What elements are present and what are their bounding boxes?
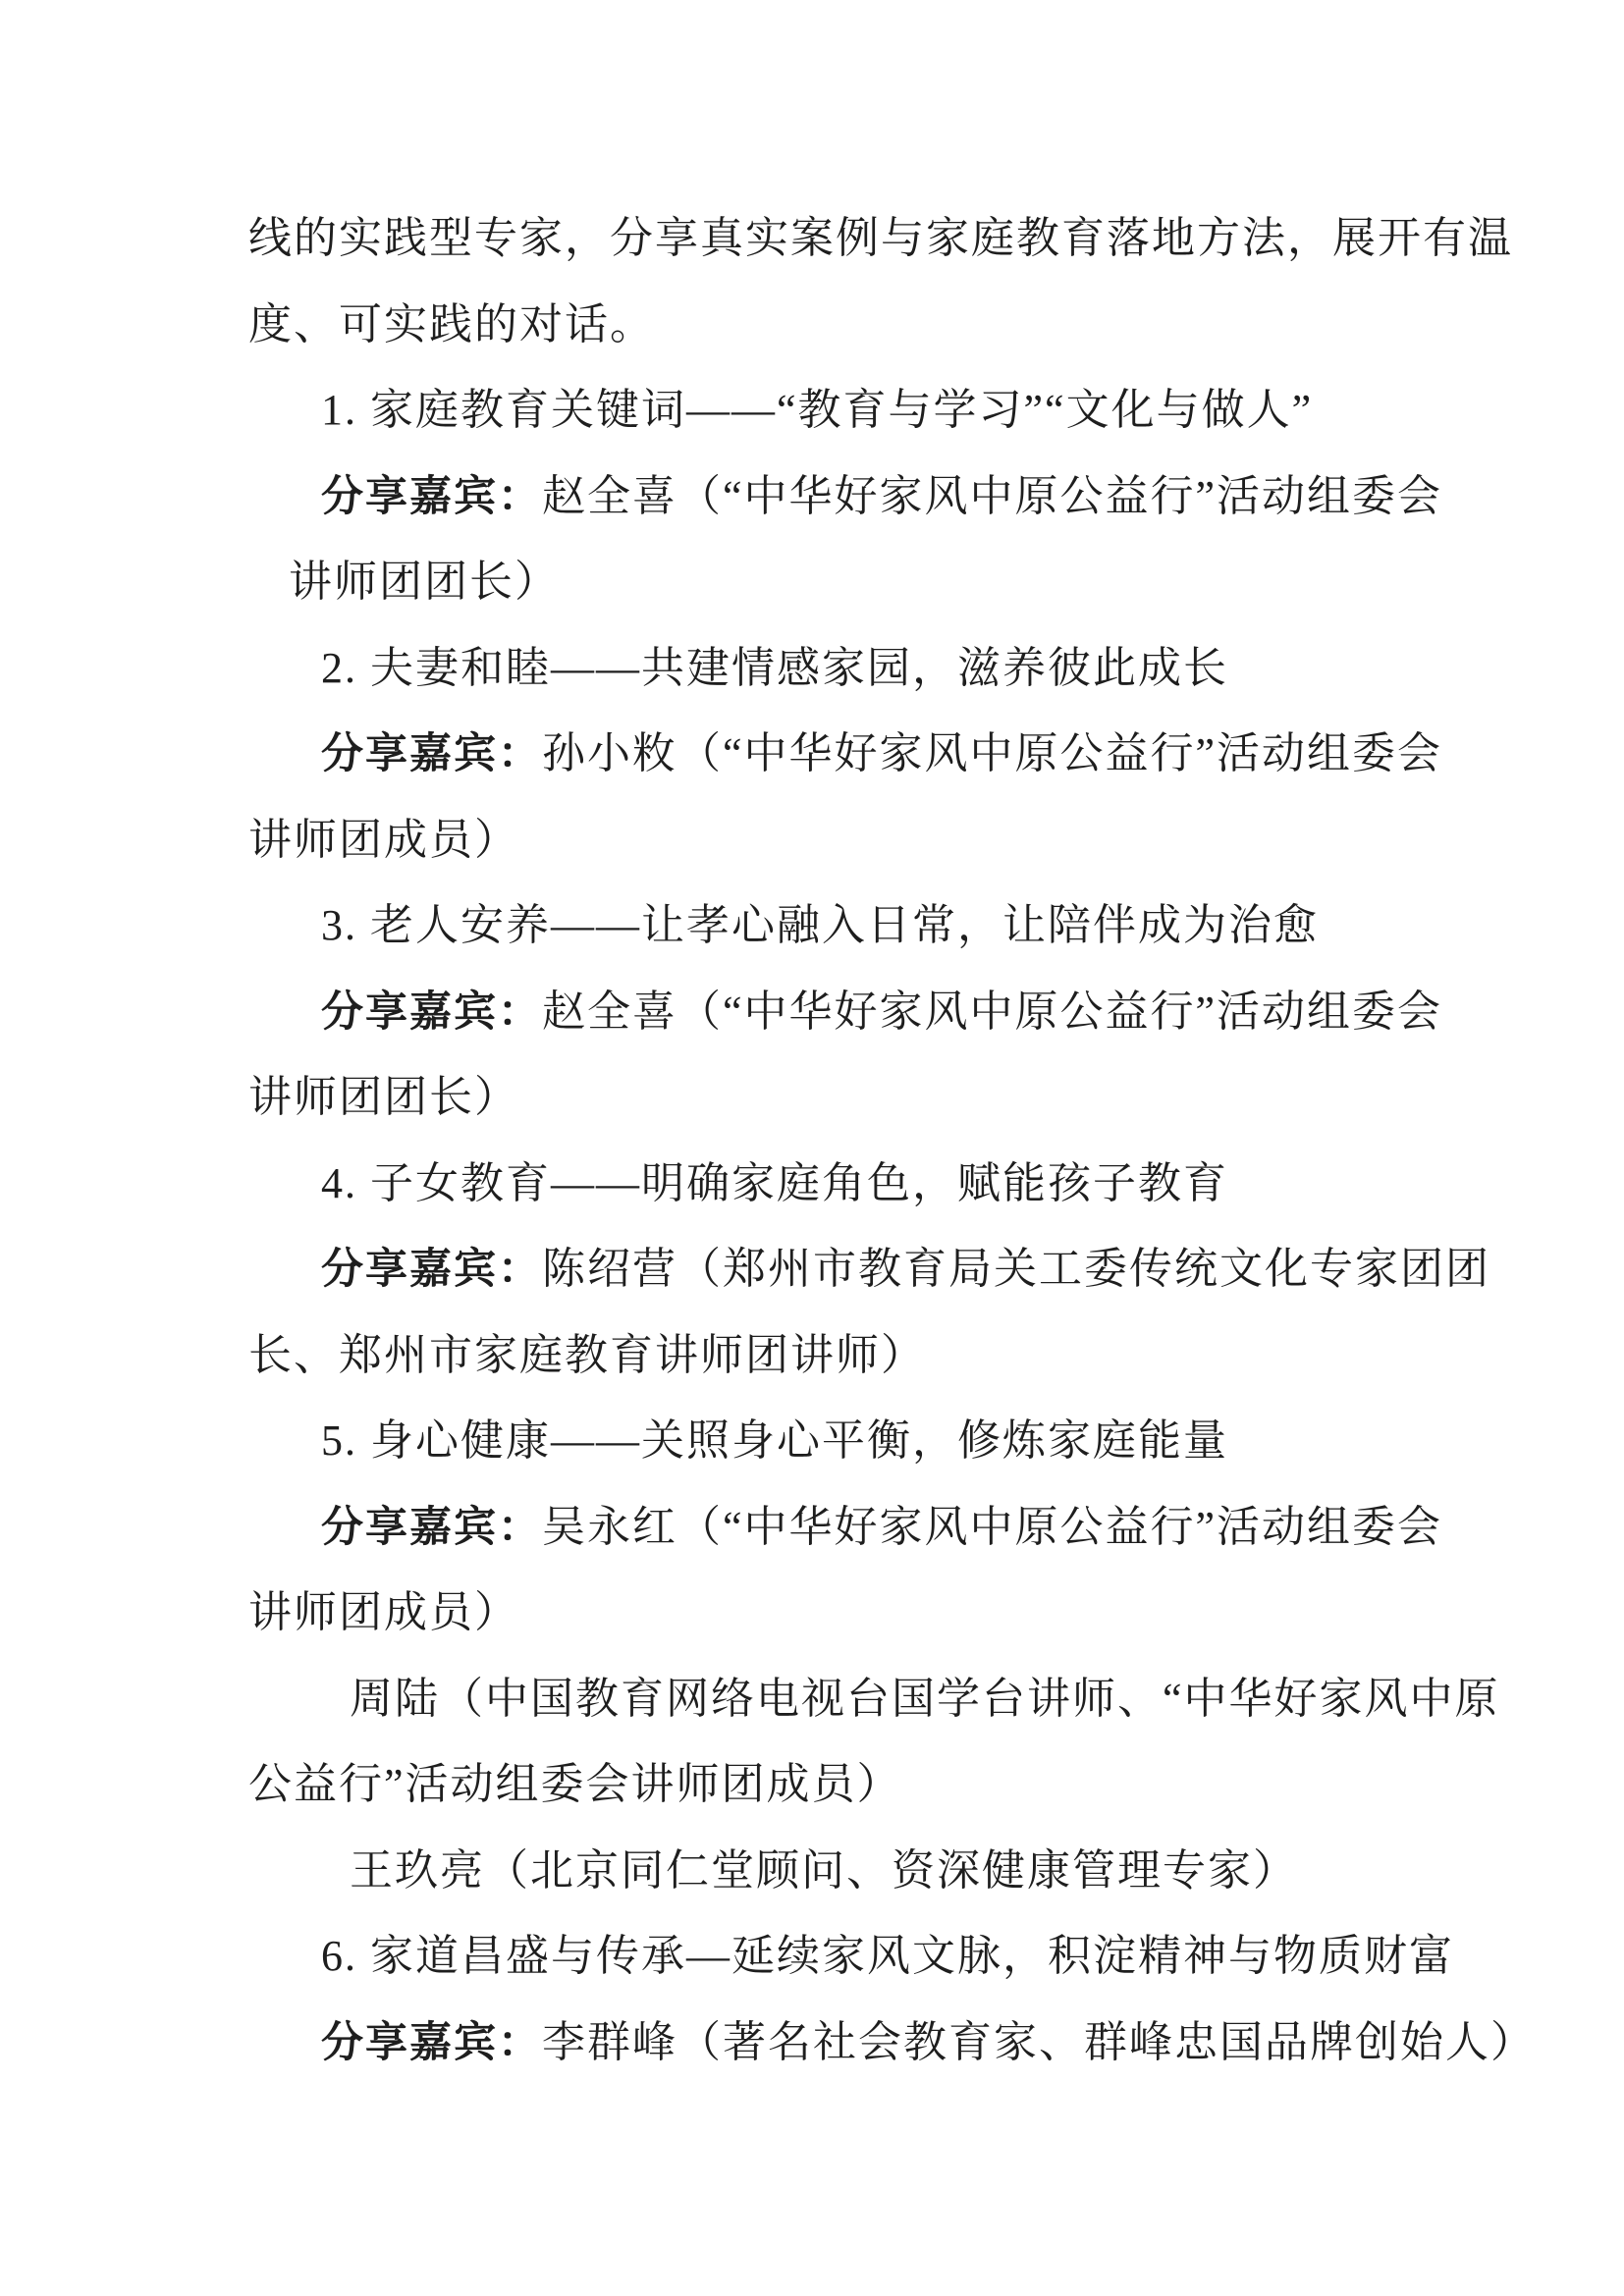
guest-label: 分享嘉宾： [321, 988, 542, 1036]
extra-guest-line: 王玖亮（北京同仁堂顾问、资深健康管理专家） [248, 1828, 1407, 1914]
line-text: 1. 家庭教育关键词——“教育与学习”“文化与做人” [321, 386, 1313, 434]
line-text: 度、可实践的对话。 [248, 300, 655, 348]
line-text: 吴永红（“中华好家风中原公益行”活动组委会 [542, 1503, 1442, 1551]
document-page: 线的实践型专家，分享真实案例与家庭教育落地方法，展开有温 度、可实践的对话。 1… [0, 0, 1624, 2296]
line-text: 赵全喜（“中华好家风中原公益行”活动组委会 [542, 988, 1442, 1036]
paragraph-line: 讲师团团长） [248, 1054, 1407, 1141]
paragraph-line: 讲师团成员） [248, 797, 1407, 883]
line-text: 5. 身心健康——关照身心平衡，修炼家庭能量 [321, 1416, 1228, 1465]
line-text: 3. 老人安养——让孝心融入日常，让陪伴成为治愈 [321, 901, 1319, 949]
guest-line: 分享嘉宾：赵全喜（“中华好家风中原公益行”活动组委会 [248, 969, 1407, 1055]
guest-label: 分享嘉宾： [321, 473, 542, 520]
line-text: 讲师团成员） [248, 1588, 519, 1636]
guest-line: 分享嘉宾：陈绍营（郑州市教育局关工委传统文化专家团团 [248, 1226, 1407, 1312]
paragraph-line: 长、郑州市家庭教育讲师团讲师） [248, 1312, 1407, 1399]
line-text: 讲师团团长） [248, 1073, 519, 1121]
line-text: 赵全喜（“中华好家风中原公益行”活动组委会 [542, 472, 1442, 520]
paragraph-line: 线的实践型专家，分享真实案例与家庭教育落地方法，展开有温 [248, 195, 1407, 282]
paragraph-line: 讲师团团长） [248, 539, 1407, 625]
line-text: 2. 夫妻和睦——共建情感家园，滋养彼此成长 [321, 644, 1228, 692]
line-text: 孙小敉（“中华好家风中原公益行”活动组委会 [542, 729, 1442, 777]
guest-label: 分享嘉宾： [321, 2019, 542, 2066]
line-text: 4. 子女教育——明确家庭角色，赋能孩子教育 [321, 1159, 1228, 1207]
line-text: 讲师团成员） [248, 816, 519, 864]
paragraph-line: 度、可实践的对话。 [248, 282, 1407, 368]
topic-item-2: 2. 夫妻和睦——共建情感家园，滋养彼此成长 [248, 625, 1407, 712]
topic-item-1: 1. 家庭教育关键词——“教育与学习”“文化与做人” [248, 367, 1407, 454]
guest-line: 分享嘉宾：吴永红（“中华好家风中原公益行”活动组委会 [248, 1484, 1407, 1571]
guest-label: 分享嘉宾： [321, 1246, 542, 1293]
guest-line: 分享嘉宾：赵全喜（“中华好家风中原公益行”活动组委会 [248, 454, 1407, 540]
line-text: 王玖亮（北京同仁堂顾问、资深健康管理专家） [350, 1846, 1298, 1895]
topic-item-4: 4. 子女教育——明确家庭角色，赋能孩子教育 [248, 1141, 1407, 1227]
extra-guest-line: 周陆（中国教育网络电视台国学台讲师、“中华好家风中原 [248, 1656, 1407, 1742]
guest-line: 分享嘉宾：李群峰（著名社会教育家、群峰忠国品牌创始人） [248, 2000, 1407, 2086]
topic-item-6: 6. 家道昌盛与传承—延续家风文脉，积淀精神与物质财富 [248, 1913, 1407, 2000]
line-text: 6. 家道昌盛与传承—延续家风文脉，积淀精神与物质财富 [321, 1932, 1454, 1980]
guest-line: 分享嘉宾：孙小敉（“中华好家风中原公益行”活动组委会 [248, 711, 1407, 797]
document-body: 线的实践型专家，分享真实案例与家庭教育落地方法，展开有温 度、可实践的对话。 1… [248, 195, 1407, 2085]
line-text: 线的实践型专家，分享真实案例与家庭教育落地方法，展开有温 [248, 214, 1513, 262]
line-text: 陈绍营（郑州市教育局关工委传统文化专家团团 [542, 1245, 1490, 1293]
line-text: 讲师团团长） [289, 558, 560, 606]
line-text: 长、郑州市家庭教育讲师团讲师） [248, 1331, 926, 1379]
line-text: 周陆（中国教育网络电视台国学台讲师、“中华好家风中原 [350, 1675, 1500, 1723]
guest-label: 分享嘉宾： [321, 1504, 542, 1551]
line-text: 李群峰（著名社会教育家、群峰忠国品牌创始人） [542, 2018, 1536, 2066]
guest-label: 分享嘉宾： [321, 730, 542, 777]
topic-item-5: 5. 身心健康——关照身心平衡，修炼家庭能量 [248, 1398, 1407, 1484]
paragraph-line: 讲师团成员） [248, 1570, 1407, 1656]
line-text: 公益行”活动组委会讲师团成员） [248, 1760, 902, 1808]
topic-item-3: 3. 老人安养——让孝心融入日常，让陪伴成为治愈 [248, 882, 1407, 969]
paragraph-line: 公益行”活动组委会讲师团成员） [248, 1741, 1407, 1828]
